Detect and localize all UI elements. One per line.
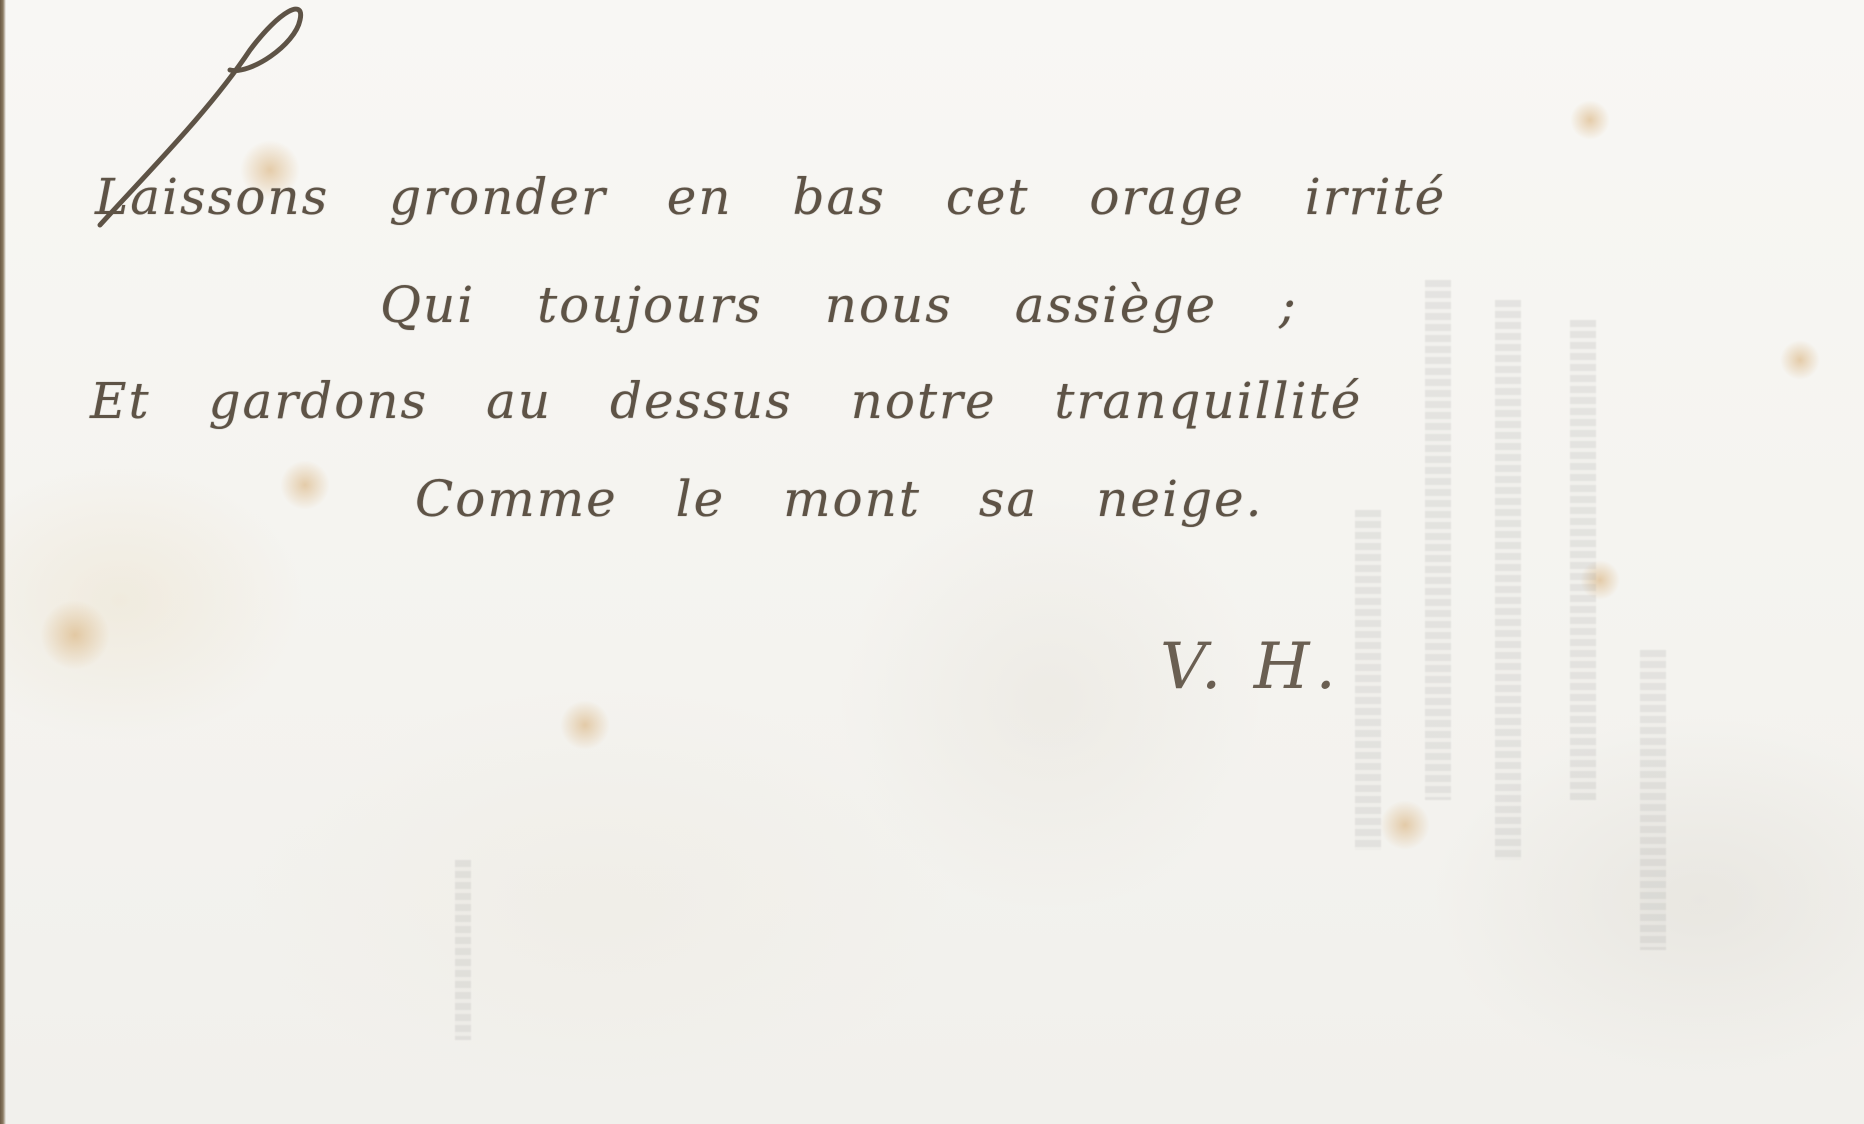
bleed-through-text: [1355, 510, 1381, 850]
bleed-through-text: [1425, 280, 1451, 800]
bleed-through-text: [1640, 650, 1666, 950]
signature: V. H.: [1160, 630, 1342, 704]
manuscript-page: Laissons gronder en bas cet orage irrité…: [0, 0, 1864, 1124]
poem-line-1: Laissons gronder en bas cet orage irrité: [95, 168, 1446, 226]
poem-line-3: Et gardons au dessus notre tranquillité: [90, 372, 1362, 430]
bleed-through-text: [1570, 320, 1596, 800]
foxing-stain: [1380, 800, 1430, 850]
bleed-through-text: [455, 860, 471, 1040]
foxing-stain: [1780, 340, 1820, 380]
foxing-stain: [560, 700, 610, 750]
bleed-through-text: [1495, 300, 1521, 860]
foxing-stain: [1570, 100, 1610, 140]
page-binding-edge: [0, 0, 6, 1124]
poem-line-4: Comme le mont sa neige.: [415, 470, 1263, 528]
foxing-stain: [40, 600, 110, 670]
foxing-stain: [280, 460, 330, 510]
poem-line-2: Qui toujours nous assiège ;: [380, 276, 1298, 334]
